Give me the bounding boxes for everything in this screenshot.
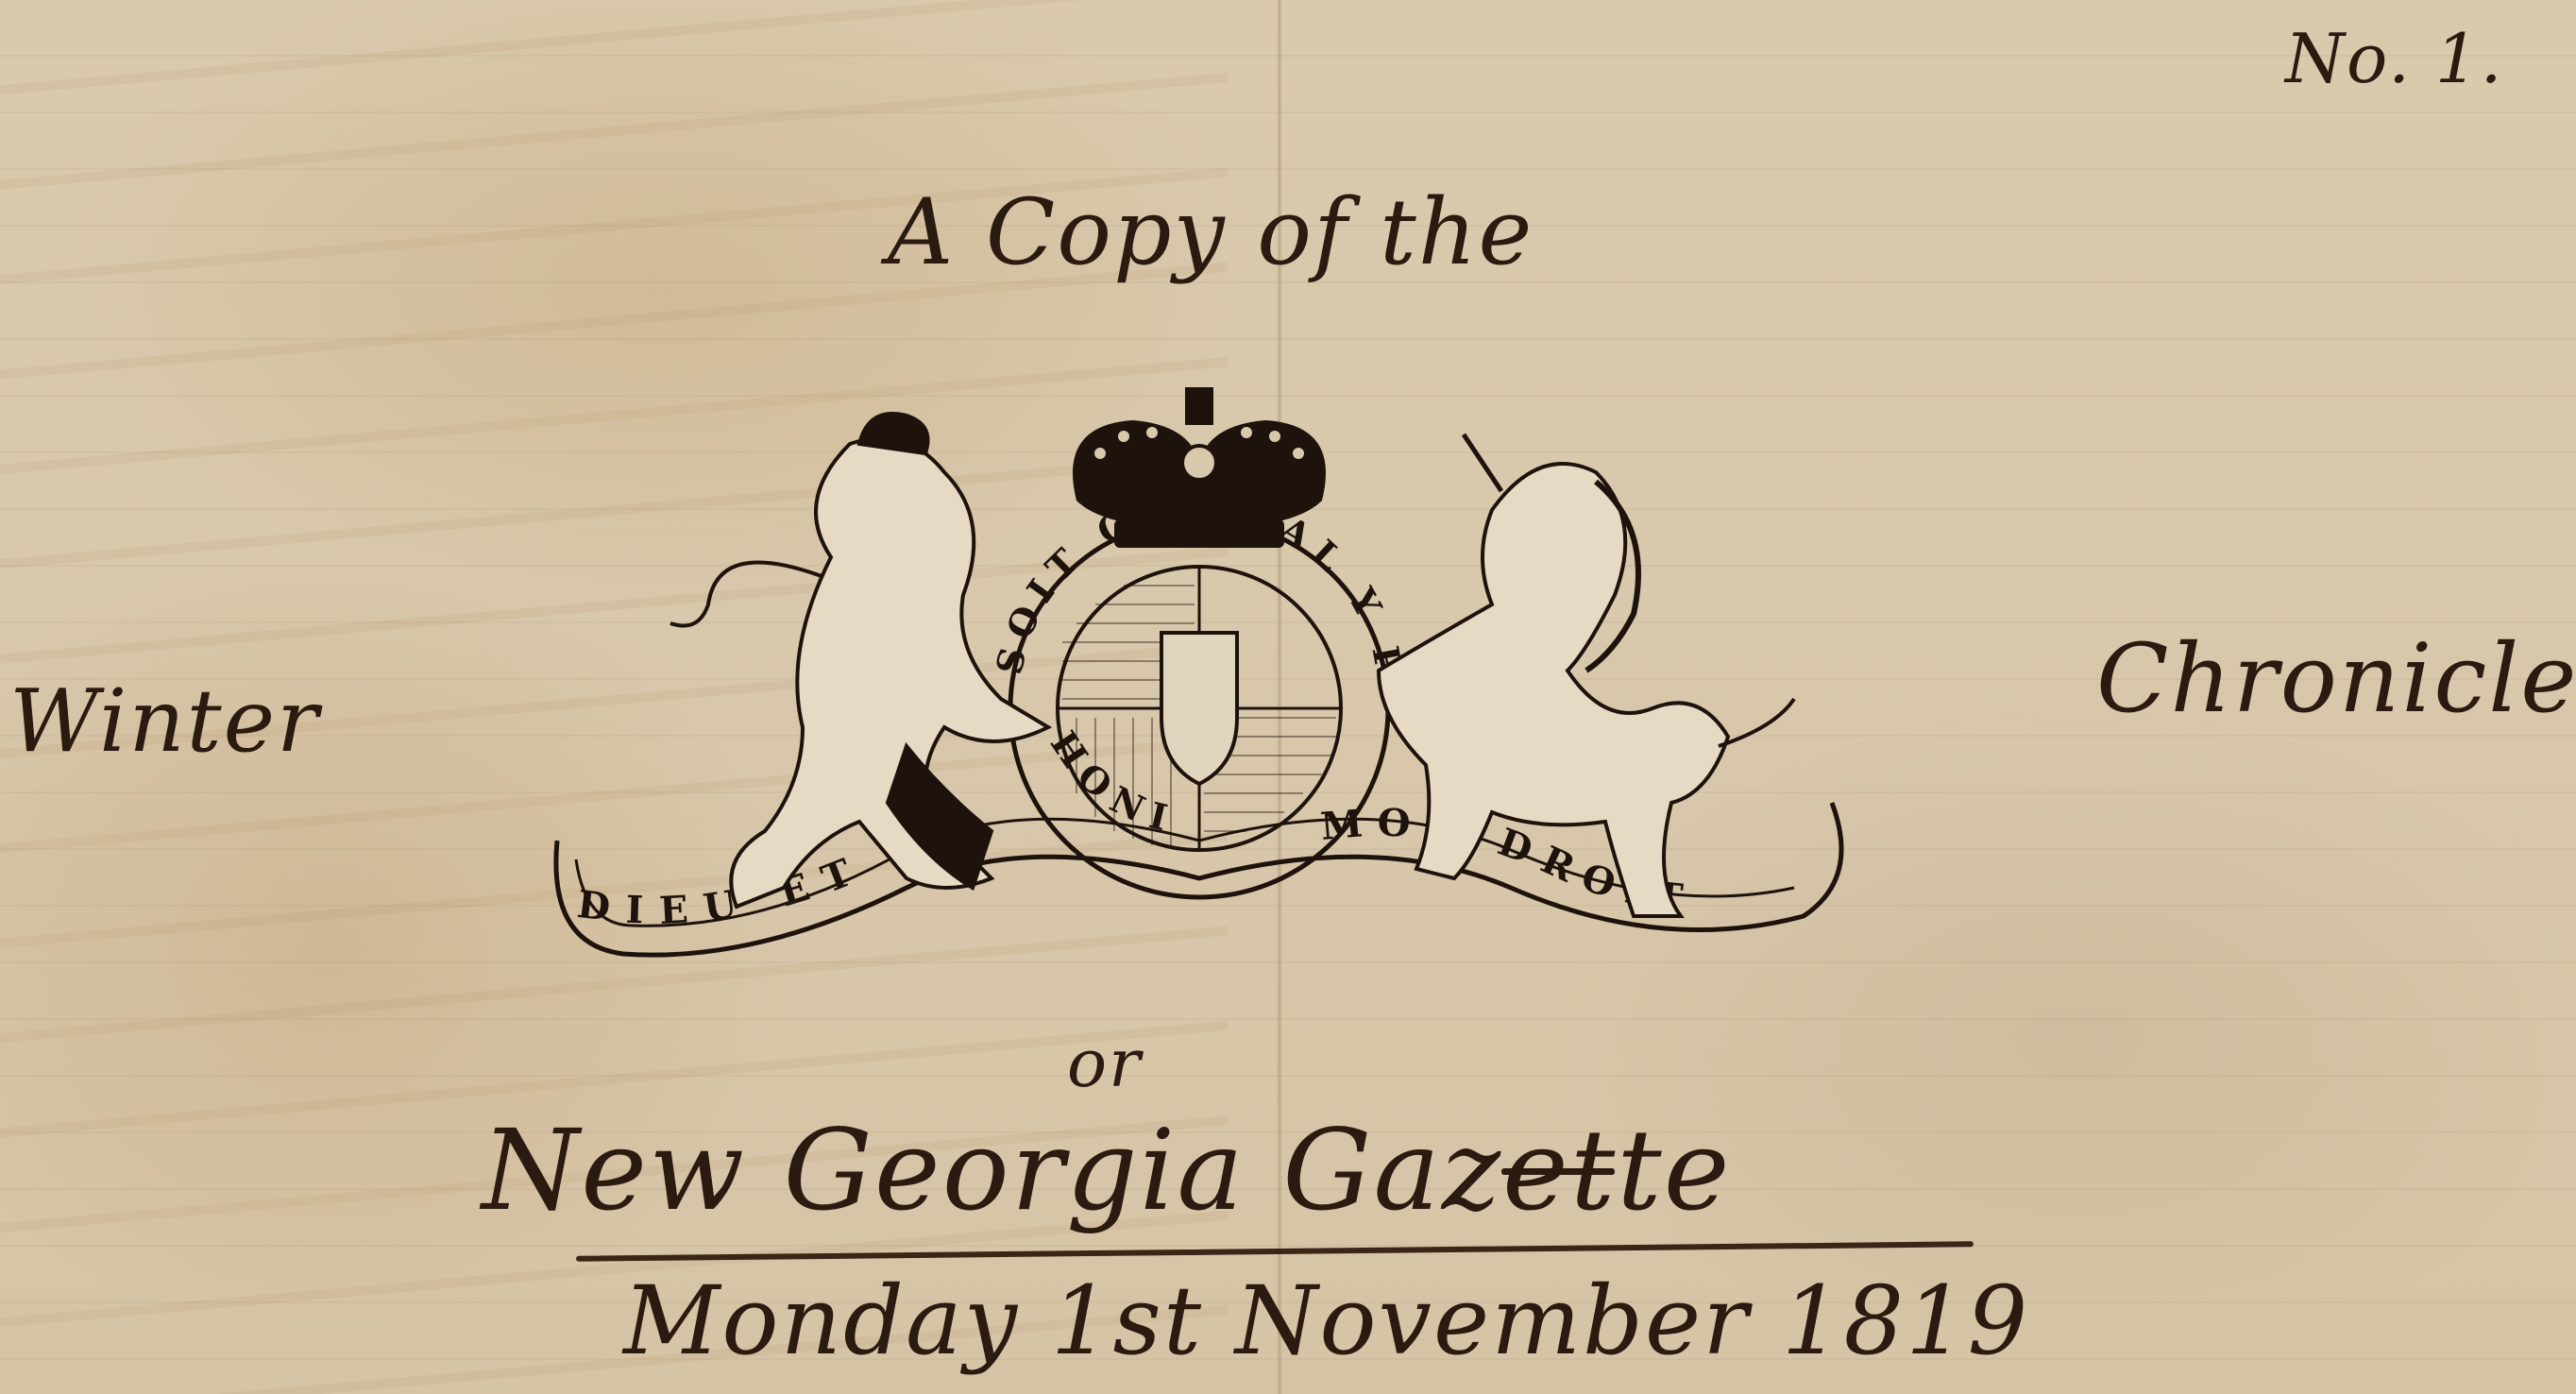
- intro-line: A Copy of the: [888, 179, 1534, 285]
- royal-coat-of-arms-icon: DIEU ET MON DROIT SOIT QUI MAL Y PENSE H…: [548, 387, 1851, 992]
- inescutcheon: [1161, 633, 1237, 784]
- title-left-word: Winter: [9, 671, 320, 772]
- unicorn-supporter-icon: [1379, 434, 1794, 916]
- conjunction: or: [1067, 1025, 1143, 1102]
- date-line: Monday 1st November 1819: [623, 1266, 2029, 1376]
- title-right-word: Chronicle: [2096, 623, 2576, 734]
- t-crossbar: [1501, 1168, 1615, 1175]
- issue-number: No. 1.: [2285, 19, 2504, 98]
